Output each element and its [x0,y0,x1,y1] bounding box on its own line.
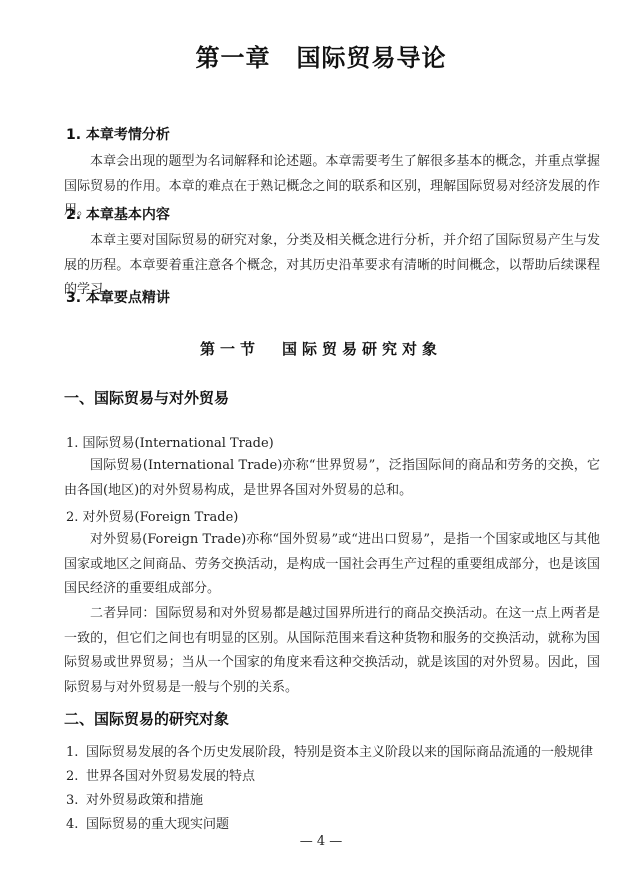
section-name: 国际贸易研究对象 [282,340,442,358]
chapter-name: 国际贸易导论 [297,44,447,72]
subheading-foreign-trade: 2. 对外贸易(Foreign Trade) [66,506,238,525]
chapter-label: 第一章 [196,44,271,72]
subheading-international-trade: 1. 国际贸易(International Trade) [66,432,274,451]
heading-exam-analysis: 1. 本章考情分析 [66,124,170,144]
paragraph-comparison: 二者异同：国际贸易和对外贸易都是越过国界所进行的商品交换活动。在这一点上两者是一… [64,602,600,700]
list-item: 2.世界各国对外贸易发展的特点 [66,765,593,789]
list-item: 1.国际贸易发展的各个历史发展阶段，特别是资本主义阶段以来的国际商品流通的一般规… [66,741,593,765]
paragraph-international-trade: 国际贸易(International Trade)亦称“世界贸易”，泛指国际间的… [64,454,600,503]
section-label: 第一节 [200,340,260,358]
document-page: 第一章国际贸易导论 1. 本章考情分析 本章会出现的题型为名词解释和论述题。本章… [0,0,642,877]
heading-part2: 二、国际贸易的研究对象 [64,708,229,729]
list-item: 3.对外贸易政策和措施 [66,789,593,813]
chapter-title: 第一章国际贸易导论 [0,38,642,73]
heading-basic-content: 2. 本章基本内容 [66,204,170,224]
paragraph-foreign-trade: 对外贸易(Foreign Trade)亦称“国外贸易”或“进出口贸易”，是指一个… [64,528,600,602]
heading-part1: 一、国际贸易与对外贸易 [64,387,229,408]
heading-key-points: 3. 本章要点精讲 [66,287,170,307]
section-title: 第一节国际贸易研究对象 [0,338,642,359]
research-object-list: 1.国际贸易发展的各个历史发展阶段，特别是资本主义阶段以来的国际商品流通的一般规… [66,741,593,837]
page-number: — 4 — [0,834,642,849]
